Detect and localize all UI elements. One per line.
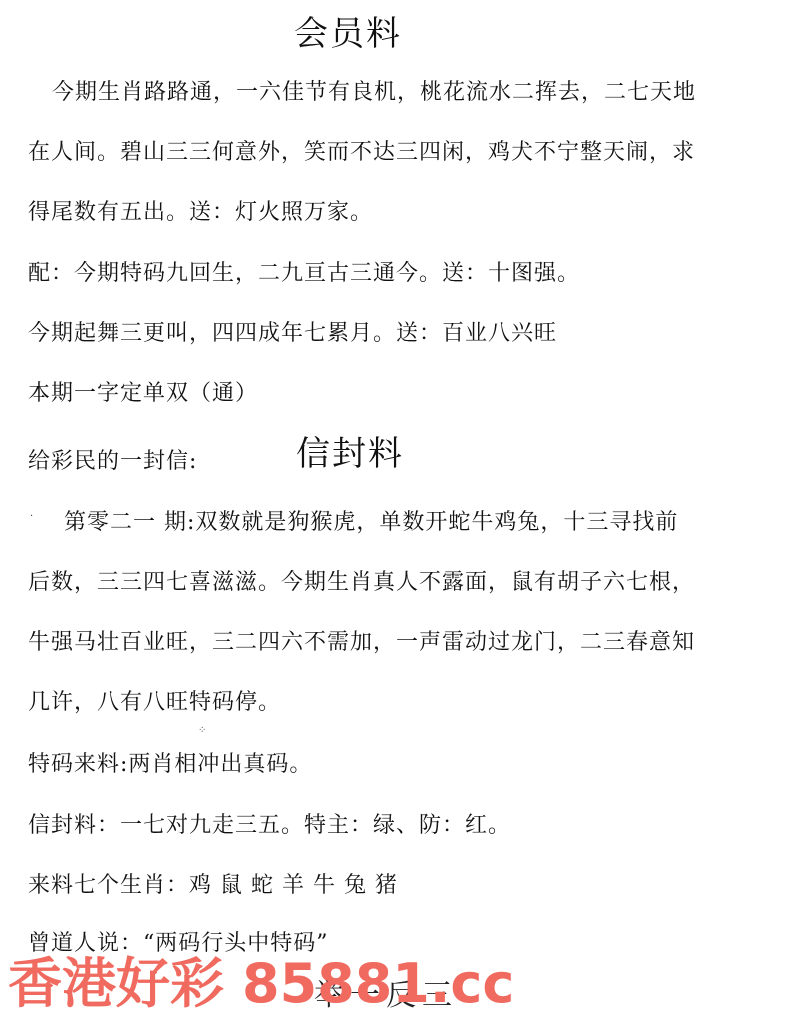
dance-line: 今期起舞三更叫，四四成年七累月。送：百业八兴旺 [28, 321, 557, 347]
envelope-line: 信封料：一七对九走三五。特主：绿、防：红。 [28, 813, 511, 839]
letter-intro-label: 给彩民的一封信: [28, 449, 197, 475]
poem-line-3: 得尾数有五出。送：灯火照万家。 [28, 200, 373, 226]
letter-section-title: 信封料 [296, 434, 404, 474]
watermark-url: 85881.cc [242, 952, 514, 1015]
scan-speck: · [30, 512, 33, 522]
odd-even-line: 本期一字定单双（通） [28, 381, 258, 407]
letter-body-line-1: 第零二一 期:双数就是狗猴虎，单数开蛇牛鸡兔，十三寻找前 [64, 510, 678, 536]
letter-body-line-4: 几许，八有八旺特码停。 [28, 690, 281, 716]
letter-body-line-3: 牛强马壮百业旺，三二四六不需加，一声雷动过龙门，二三春意知 [28, 630, 695, 656]
member-section-title: 会员料 [294, 14, 402, 54]
letter-body-line-2: 后数，三三四七喜滋滋。今期生肖真人不露面，鼠有胡子六七根， [28, 570, 695, 596]
poem-line-1: 今期生肖路路通，一六佳节有良机，桃花流水二挥去，二七天地 [52, 80, 696, 106]
pair-line: 配：今期特码九回生，二九亘古三通今。送：十图强。 [28, 261, 580, 287]
scan-noise-mark: ⁘ [198, 726, 206, 736]
seven-zodiac-line: 来料七个生肖：鸡 鼠 蛇 羊 牛 兔 猪 [28, 873, 398, 899]
poem-line-2: 在人间。碧山三三何意外，笑而不达三四闲，鸡犬不宁整天闹，求 [28, 140, 695, 166]
special-source-line: 特码来料:两肖相冲出真码。 [28, 752, 312, 778]
watermark-brand: 香港好彩 [8, 952, 224, 1015]
watermark: 香港好彩85881.cc [8, 954, 514, 1014]
